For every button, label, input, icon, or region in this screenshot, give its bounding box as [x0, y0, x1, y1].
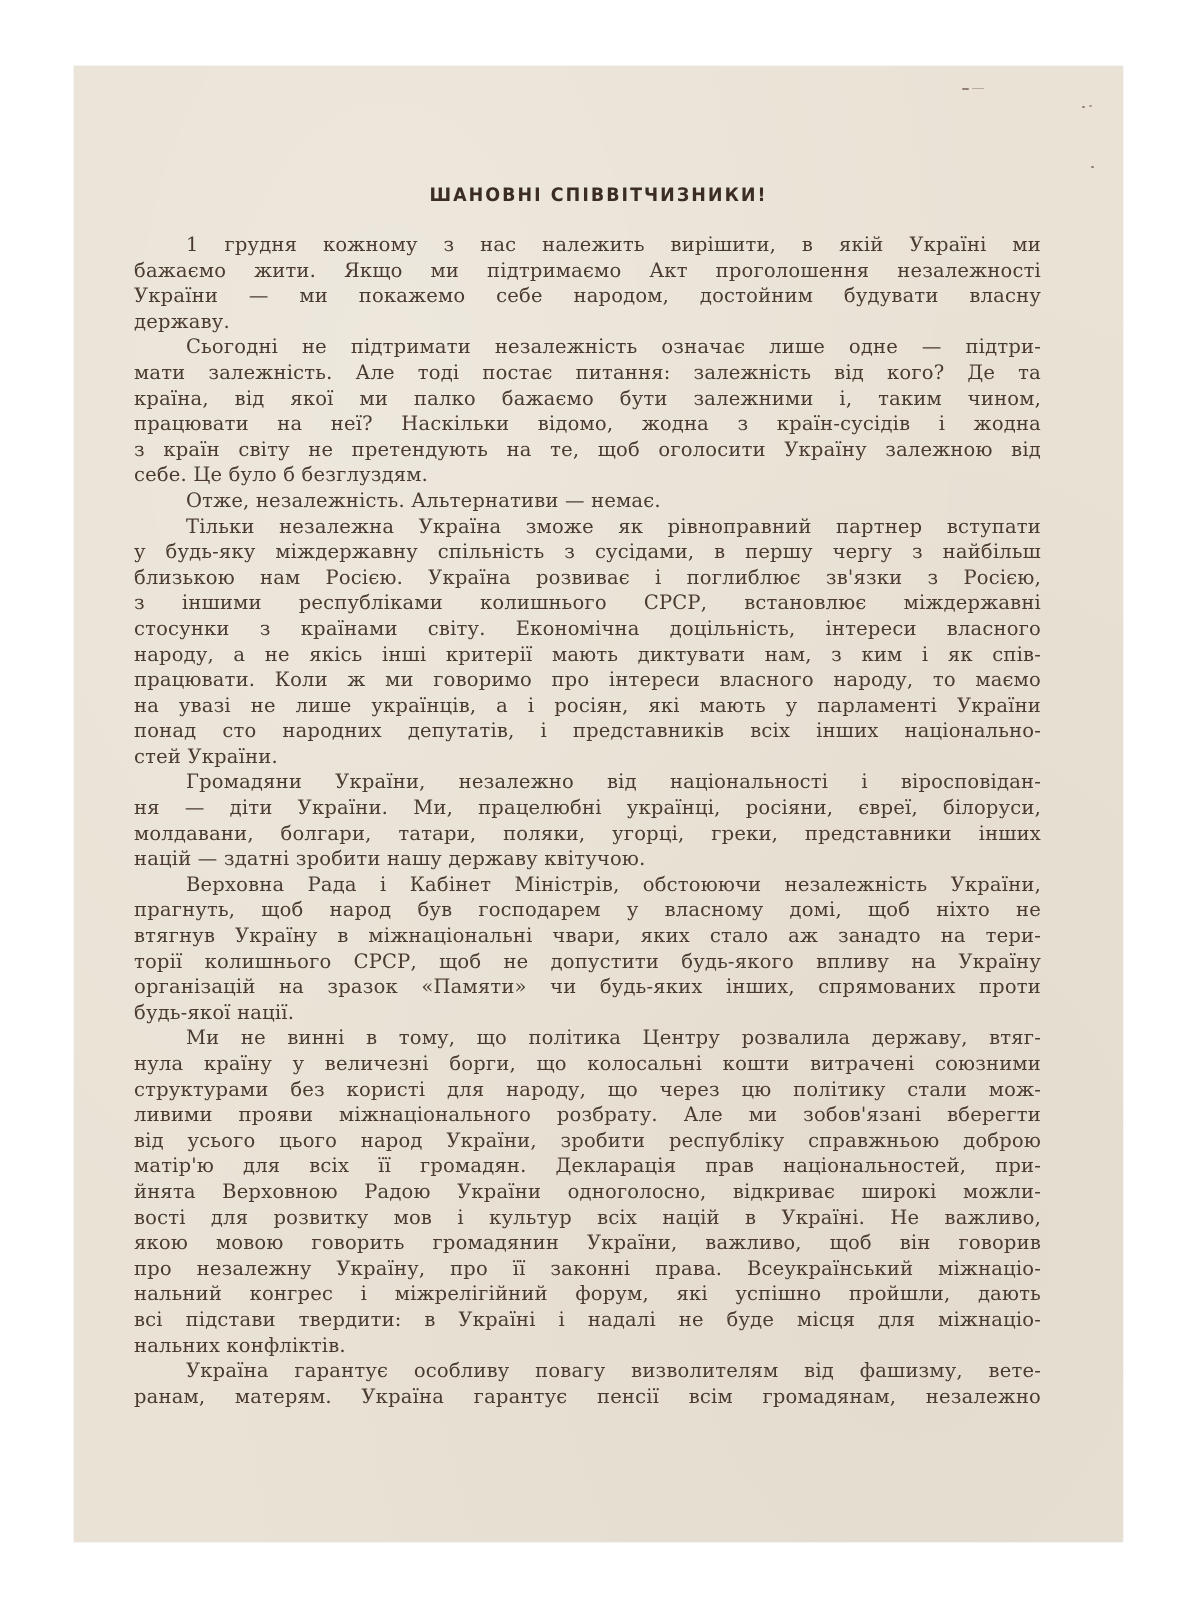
text-line: структурами без користі для народу, що ч…	[134, 1077, 1041, 1103]
text-line: стосунки з країнами світу. Економічна до…	[134, 616, 1041, 642]
text-line: Верховна Рада і Кабінет Міністрів, обсто…	[134, 872, 1041, 898]
text-line: ранам, матерям. Україна гарантує пенсії …	[134, 1384, 1041, 1410]
document-body: 1 грудня кожному з нас належить вирішити…	[134, 232, 1041, 1409]
text-line: понад сто народних депутатів, і представ…	[134, 718, 1041, 744]
text-line: будь-якої нації.	[134, 1000, 1041, 1026]
text-line: працювати. Коли ж ми говоримо про інтере…	[134, 667, 1041, 693]
text-line: Отже, незалежність. Альтернативи — немає…	[134, 488, 1041, 514]
text-line: державу.	[134, 309, 1041, 335]
text-line: якою мовою говорить громадянин України, …	[134, 1230, 1041, 1256]
text-line: нальний конгрес і міжрелігійний форум, я…	[134, 1281, 1041, 1307]
text-line: з іншими республіками колишнього СРСР, в…	[134, 590, 1041, 616]
text-line: на увазі не лише українців, а і росіян, …	[134, 693, 1041, 719]
text-line: з країн світу не претендують на те, щоб …	[134, 437, 1041, 463]
text-line: націй — здатні зробити нашу державу квіт…	[134, 846, 1041, 872]
text-line: ня — діти України. Ми, працелюбні україн…	[134, 795, 1041, 821]
text-line: мати залежність. Але тоді постає питання…	[134, 360, 1041, 386]
text-line: всі підстави твердити: в Україні і надал…	[134, 1307, 1041, 1333]
text-line: Тільки незалежна Україна зможе як рівноп…	[134, 514, 1041, 540]
text-line: близькою нам Росією. Україна розвиває і …	[134, 565, 1041, 591]
paper-speck	[1091, 166, 1094, 168]
text-line: вості для розвитку мов і культур всіх на…	[134, 1205, 1041, 1231]
text-line: 1 грудня кожному з нас належить вирішити…	[134, 232, 1041, 258]
text-line: Ми не винні в тому, що політика Центру р…	[134, 1025, 1041, 1051]
text-line: матір'ю для всіх її громадян. Декларація…	[134, 1153, 1041, 1179]
text-line: втягнув Україну в міжнаціональні чвари, …	[134, 923, 1041, 949]
text-line: народу, а не якісь інші критерії мають д…	[134, 642, 1041, 668]
text-line: молдавани, болгари, татари, поляки, угор…	[134, 821, 1041, 847]
text-line: про незалежну Україну, про її законні пр…	[134, 1256, 1041, 1282]
text-line: стей України.	[134, 744, 1041, 770]
text-line: торії колишнього СРСР, щоб не допустити …	[134, 949, 1041, 975]
text-line: прагнуть, щоб народ був господарем у вла…	[134, 897, 1041, 923]
paper-speck	[972, 88, 984, 89]
text-line: Громадяни України, незалежно від націона…	[134, 769, 1041, 795]
text-line: країна, від якої ми палко бажаємо бути з…	[134, 386, 1041, 412]
text-line: працювати на неї? Наскільки відомо, жодн…	[134, 411, 1041, 437]
text-line: Україна гарантує особливу повагу визволи…	[134, 1358, 1041, 1384]
text-line: нальних конфліктів.	[134, 1333, 1041, 1359]
text-line: себе. Це було б безглуздям.	[134, 462, 1041, 488]
document-title: ШАНОВНІ СПІВВІТЧИЗНИКИ!	[116, 184, 1081, 206]
text-line: у будь-яку міждержавну спільність з сусі…	[134, 539, 1041, 565]
text-line: організацій на зразок «Памяти» чи будь-я…	[134, 974, 1041, 1000]
text-line: від усього цього народ України, зробити …	[134, 1128, 1041, 1154]
paper-speck	[1089, 105, 1092, 107]
text-line: України — ми покажемо себе народом, дост…	[134, 283, 1041, 309]
text-line: йнята Верховною Радою України одноголосн…	[134, 1179, 1041, 1205]
text-line: нула країну у величезні борги, що колоса…	[134, 1051, 1041, 1077]
text-line: Сьогодні не підтримати незалежність озна…	[134, 334, 1041, 360]
text-line: бажаємо жити. Якщо ми підтримаємо Акт пр…	[134, 258, 1041, 284]
text-line: ливими прояви міжнаціонального розбрату.…	[134, 1102, 1041, 1128]
paper-speck	[1082, 106, 1085, 108]
paper-speck	[962, 88, 969, 90]
document-page: ШАНОВНІ СПІВВІТЧИЗНИКИ! 1 грудня кожному…	[74, 66, 1123, 1542]
